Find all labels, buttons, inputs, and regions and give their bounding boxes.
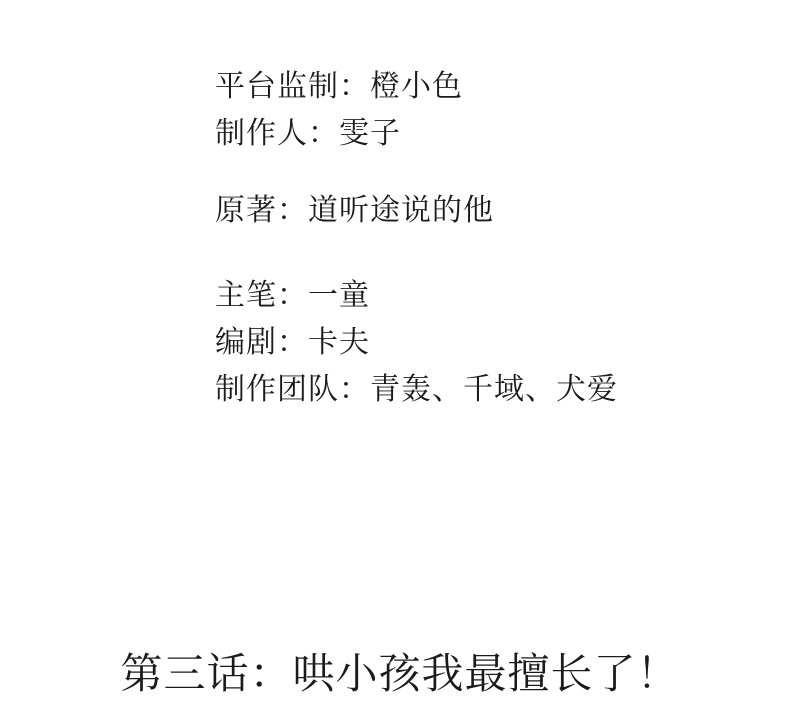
comic-credits-page: 平台监制：橙小色 制作人：雯子 原著：道听途说的他 主笔：一童 编剧：卡夫 制作…: [0, 0, 800, 720]
credits-group-original: 原著：道听途说的他: [215, 187, 618, 234]
credit-line-lead-artist: 主笔：一童: [215, 272, 618, 319]
credit-line-producer: 制作人：雯子: [215, 110, 618, 157]
credit-line-original-author: 原著：道听途说的他: [215, 187, 618, 234]
credits-block: 平台监制：橙小色 制作人：雯子 原著：道听途说的他 主笔：一童 编剧：卡夫 制作…: [215, 63, 618, 413]
credit-line-screenwriter: 编剧：卡夫: [215, 319, 618, 366]
credit-line-production-team: 制作团队：青轰、千域、犬爱: [215, 366, 618, 413]
credit-line-platform-supervisor: 平台监制：橙小色: [215, 63, 618, 110]
credits-group-platform: 平台监制：橙小色 制作人：雯子: [215, 63, 618, 157]
credits-group-production: 主笔：一童 编剧：卡夫 制作团队：青轰、千域、犬爱: [215, 272, 618, 413]
episode-title: 第三话：哄小孩我最擅长了！: [0, 650, 800, 698]
